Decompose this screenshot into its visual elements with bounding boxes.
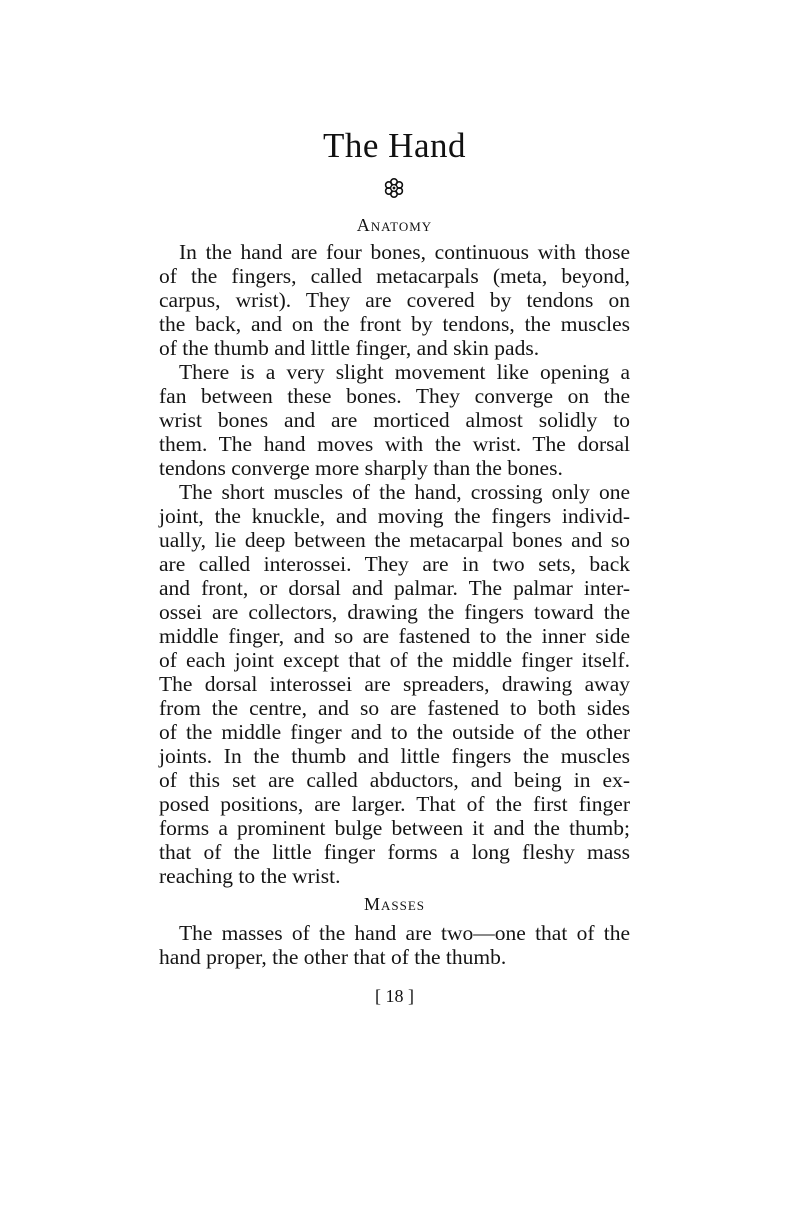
text-line: of this set are called abductors, and be…	[159, 768, 630, 792]
text-line: There is a very slight movement like ope…	[159, 360, 630, 384]
text-line: the back, and on the front by tendons, t…	[159, 312, 630, 336]
text-line: fan between these bones. They converge o…	[159, 384, 630, 408]
paragraph: There is a very slight movement like ope…	[159, 360, 630, 480]
text-line: tendons converge more sharply than the b…	[159, 456, 630, 480]
section-heading-anatomy: Anatomy	[159, 214, 630, 236]
text-line: The dorsal interossei are spreaders, dra…	[159, 672, 630, 696]
text-line: from the centre, and so are fastened to …	[159, 696, 630, 720]
section-body-anatomy: In the hand are four bones, continuous w…	[159, 240, 630, 888]
text-line: them. The hand moves with the wrist. The…	[159, 432, 630, 456]
text-line: forms a prominent bulge between it and t…	[159, 816, 630, 840]
rosette-ornament-icon	[383, 177, 405, 199]
text-line: are called interossei. They are in two s…	[159, 552, 630, 576]
text-line: The masses of the hand are two—one that …	[159, 921, 630, 945]
text-line: that of the little finger forms a long f…	[159, 840, 630, 864]
text-line: of the fingers, called metacarpals (meta…	[159, 264, 630, 288]
text-line: and front, or dorsal and palmar. The pal…	[159, 576, 630, 600]
text-line: ossei are collectors, drawing the finger…	[159, 600, 630, 624]
text-line: reaching to the wrist.	[159, 864, 630, 888]
text-line: of the thumb and little finger, and skin…	[159, 336, 630, 360]
text-line: of the middle finger and to the outside …	[159, 720, 630, 744]
text-line: middle finger, and so are fastened to th…	[159, 624, 630, 648]
section-heading-masses: Masses	[159, 893, 630, 915]
text-line: wrist bones and are morticed almost soli…	[159, 408, 630, 432]
text-line: joint, the knuckle, and moving the finge…	[159, 504, 630, 528]
section-body-masses: The masses of the hand are two—one that …	[159, 921, 630, 969]
paragraph: The short muscles of the hand, crossing …	[159, 480, 630, 888]
text-line: In the hand are four bones, continuous w…	[159, 240, 630, 264]
paragraph: The masses of the hand are two—one that …	[159, 921, 630, 969]
text-line: joints. In the thumb and little fingers …	[159, 744, 630, 768]
text-line: hand proper, the other that of the thumb…	[159, 945, 630, 969]
text-line: carpus, wrist). They are covered by tend…	[159, 288, 630, 312]
paragraph: In the hand are four bones, continuous w…	[159, 240, 630, 360]
text-line: of each joint except that of the middle …	[159, 648, 630, 672]
text-line: posed positions, are larger. That of the…	[159, 792, 630, 816]
chapter-title: The Hand	[159, 126, 630, 166]
text-line: ually, lie deep between the metacarpal b…	[159, 528, 630, 552]
text-line: The short muscles of the hand, crossing …	[159, 480, 630, 504]
page-number: [ 18 ]	[159, 985, 630, 1007]
